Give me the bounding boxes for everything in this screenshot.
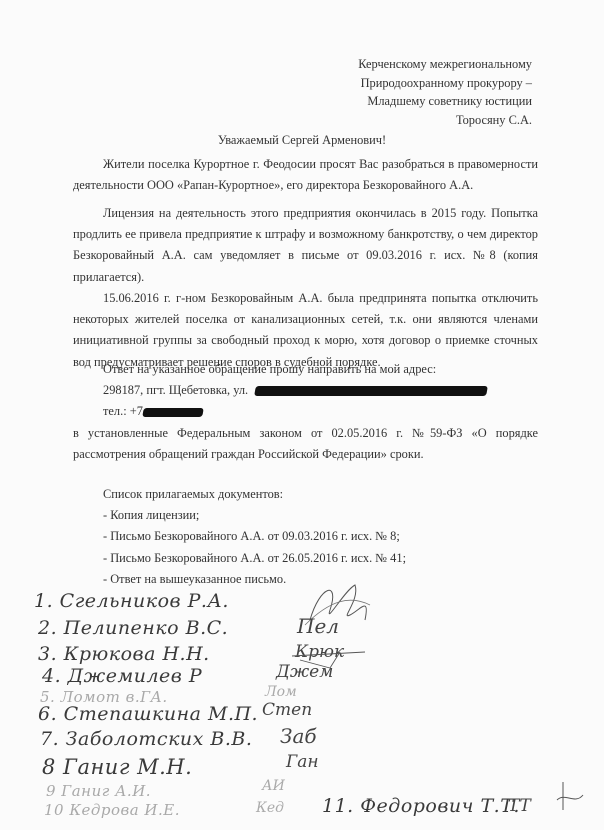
signatory-name: 1. Сгельников Р.А. <box>34 590 229 612</box>
signature-mark: Степ <box>262 700 312 720</box>
signatory-name: 4. Джемилев Р <box>42 665 202 687</box>
signature-mark: Лом <box>265 684 297 700</box>
signatory-name: 10 Кедрова И.Е. <box>44 801 180 819</box>
signatory-name: 6. Степашкина М.П. <box>38 703 258 725</box>
letter-page: Керченскому межрегиональному Природоохра… <box>0 0 604 830</box>
signature-mark: Кед <box>256 800 284 816</box>
signatory-name: 8 Ганиг М.Н. <box>42 755 192 779</box>
signatory-name: 9 Ганиг А.И. <box>46 782 151 800</box>
signatory-name: 7. Заболотских В.В. <box>40 728 252 750</box>
signature-scribble-11 <box>555 780 585 815</box>
signatory-name: 2. Пелипенко В.С. <box>38 617 228 639</box>
signatures-section: 1. Сгельников Р.А. 2. Пелипенко В.С. 3. … <box>0 0 604 830</box>
signature-mark: Ган <box>286 752 319 772</box>
signature-mark: Пел <box>297 614 339 638</box>
signatory-name: 11. Федорович Т.Т. <box>322 795 520 817</box>
signature-mark: Заб <box>280 724 317 748</box>
signature-mark: АИ <box>262 778 285 794</box>
signatory-name: 3. Крюкова Н.Н. <box>38 643 210 665</box>
signature-mark: Джем <box>276 662 333 682</box>
signature-mark: ТТ <box>508 796 531 816</box>
